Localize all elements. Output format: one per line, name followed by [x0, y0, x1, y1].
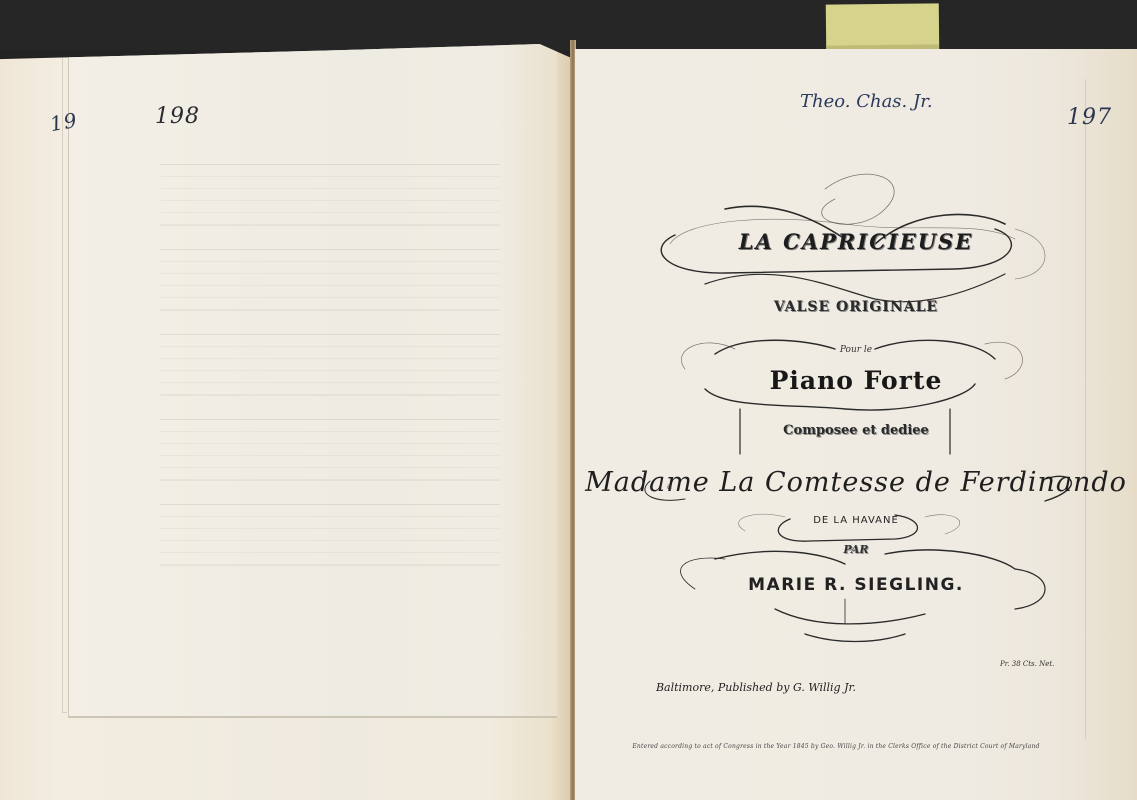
right-page: Theo. Chas. Jr. 197 LA CAPRICIEUSE VALSE…: [575, 49, 1137, 800]
bleed-through-staff: [160, 249, 500, 311]
sticky-note: [826, 3, 939, 51]
instrument-title: Piano Forte: [575, 366, 1137, 395]
composer-name: MARIE R. SIEGLING.: [575, 575, 1137, 595]
par-text: PAR: [575, 543, 1137, 556]
composee-text: Composee et dediee: [575, 423, 1137, 438]
plate-edge: [1085, 79, 1092, 739]
dedicatee-place: DE LA HAVANE: [575, 515, 1137, 526]
price-label: Pr. 38 Cts. Net.: [1000, 660, 1054, 668]
dedicatee-name: Madame La Comtesse de Ferdinando: [575, 467, 1137, 498]
page-number: 197: [1067, 105, 1112, 130]
page-number: 198: [155, 104, 200, 129]
work-subtitle: VALSE ORIGINALE: [575, 299, 1137, 315]
bleed-through-staff: [160, 164, 500, 226]
bleed-through-staff: [160, 504, 500, 566]
bleed-through-staff: [160, 334, 500, 396]
a-text: a: [667, 482, 672, 491]
margin-number: 19: [48, 108, 79, 136]
handwritten-signature: Theo. Chas. Jr.: [800, 91, 933, 112]
work-title: LA CAPRICIEUSE: [575, 229, 1137, 254]
copyright-notice: Entered according to act of Congress in …: [555, 743, 1117, 750]
scan-backdrop: [0, 0, 1137, 50]
bleed-through-staff: [160, 419, 500, 481]
publisher-line: Baltimore, Published by G. Willig Jr.: [475, 681, 1037, 694]
pour-le-text: Pour le: [575, 345, 1137, 355]
page-edge: [62, 44, 67, 713]
